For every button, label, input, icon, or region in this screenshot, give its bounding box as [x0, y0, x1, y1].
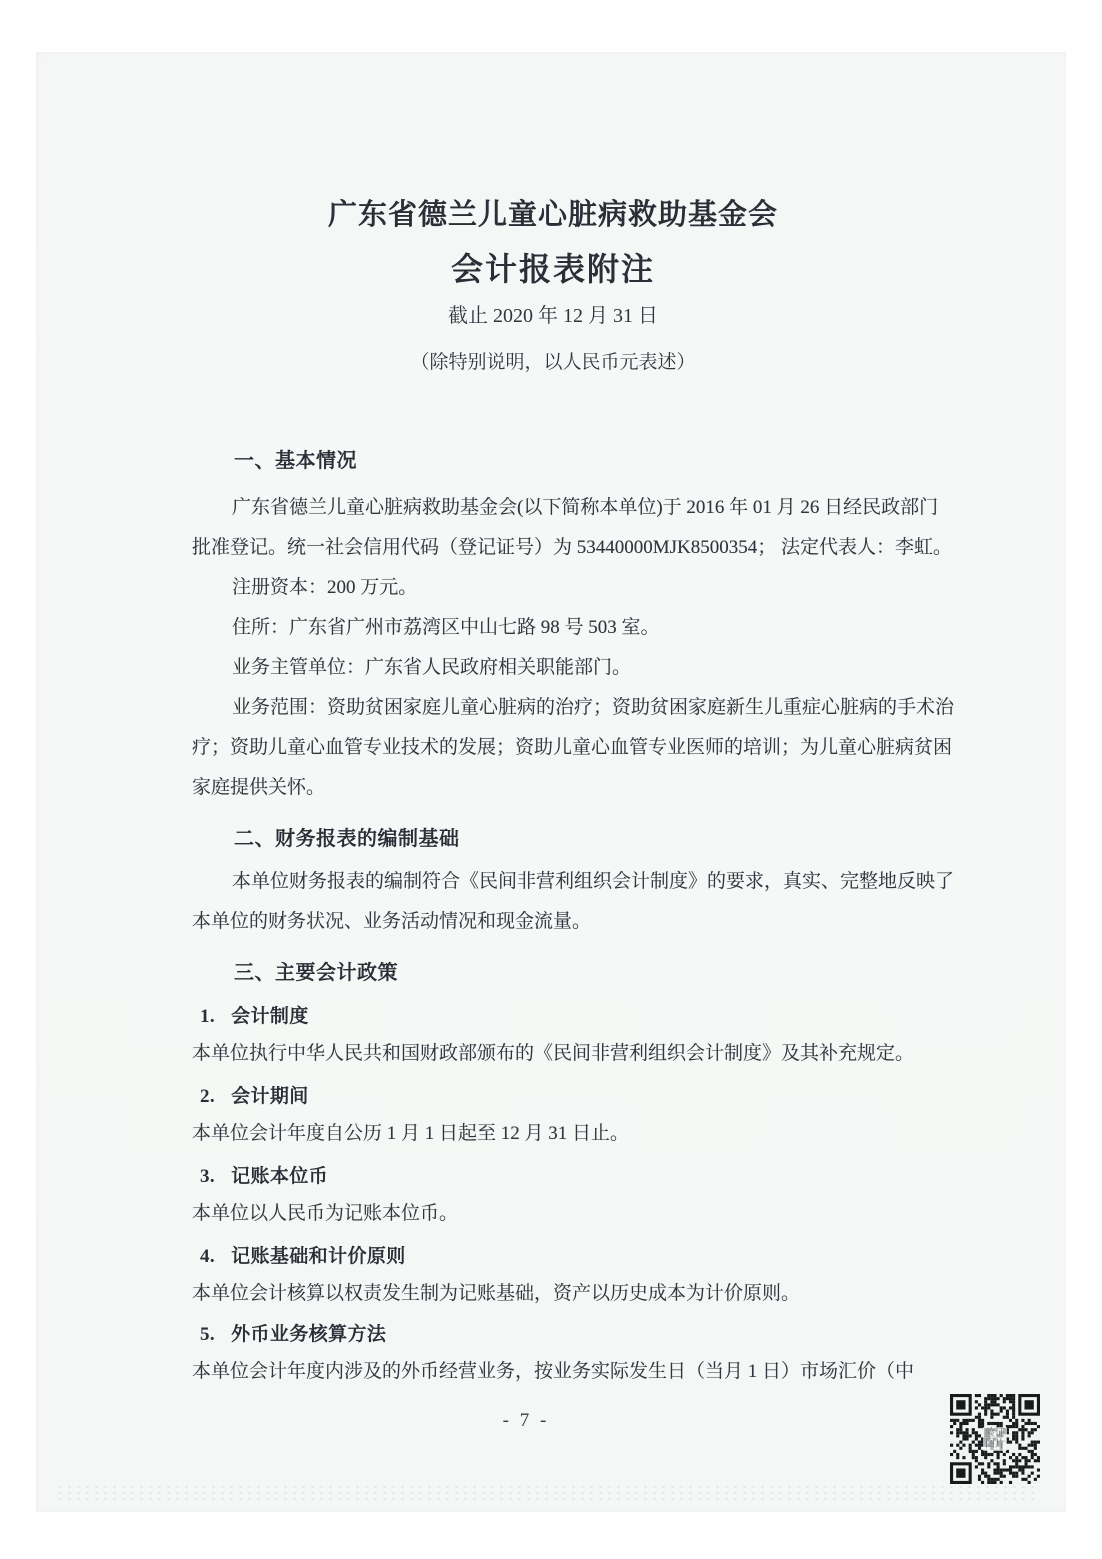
- policy-item-heading: 5.外币业务核算方法: [200, 1320, 914, 1350]
- section-preparation-basis: 二、财务报表的编制基础 本单位财务报表的编制符合《民间非营利组织会计制度》的要求…: [192, 824, 914, 942]
- policy-item-number: 1.: [200, 1006, 215, 1027]
- body-line: 批准登记。统一社会信用代码（登记证号）为 53440000MJK8500354；…: [192, 528, 914, 568]
- policy-item: 4.记账基础和计价原则 本单位会计核算以权责发生制为记账基础，资产以历史成本为计…: [192, 1242, 914, 1314]
- policy-item-title: 记账基础和计价原则: [231, 1246, 406, 1267]
- body-line: 注册资本：200 万元。: [192, 568, 914, 608]
- qr-label: 验证图片: [983, 1427, 1007, 1451]
- section-heading: 一、基本情况: [234, 446, 914, 476]
- title-block: 广东省德兰儿童心脏病救助基金会 会计报表附注 截止 2020 年 12 月 31…: [192, 197, 914, 376]
- policy-item-title: 外币业务核算方法: [231, 1324, 386, 1345]
- policy-item-number: 5.: [200, 1324, 215, 1345]
- policy-item-number: 3.: [200, 1166, 215, 1187]
- policy-item-title: 会计制度: [231, 1006, 309, 1027]
- qr-label-line: 验证: [985, 1428, 1005, 1439]
- body-line: 疗；资助儿童心血管专业技术的发展；资助儿童心血管专业医师的培训；为儿童心脏病贫困: [192, 728, 914, 768]
- section-body: 本单位财务报表的编制符合《民间非营利组织会计制度》的要求，真实、完整地反映了 本…: [192, 862, 914, 942]
- section-heading: 二、财务报表的编制基础: [234, 824, 914, 854]
- policy-item-body: 本单位会计核算以权责发生制为记账基础，资产以历史成本为计价原则。: [192, 1274, 914, 1314]
- policy-item-heading: 1.会计制度: [200, 1002, 914, 1032]
- page-number: - 7 -: [491, 1410, 561, 1432]
- policy-item-heading: 3.记账本位币: [200, 1162, 914, 1192]
- policy-item-heading: 2.会计期间: [200, 1082, 914, 1112]
- doc-title: 广东省德兰儿童心脏病救助基金会: [192, 197, 914, 233]
- document-page: 广东省德兰儿童心脏病救助基金会 会计报表附注 截止 2020 年 12 月 31…: [36, 52, 1066, 1512]
- body-line: 本单位财务报表的编制符合《民间非营利组织会计制度》的要求，真实、完整地反映了: [192, 862, 914, 902]
- policy-item-title: 记账本位币: [231, 1166, 328, 1187]
- policy-item-body: 本单位以人民币为记账本位币。: [192, 1194, 914, 1234]
- policy-item: 5.外币业务核算方法 本单位会计年度内涉及的外币经营业务，按业务实际发生日（当月…: [192, 1320, 914, 1392]
- body-line: 家庭提供关怀。: [192, 768, 914, 808]
- qr-label-line: 图片: [985, 1439, 1005, 1450]
- policy-item: 3.记账本位币 本单位以人民币为记账本位币。: [192, 1162, 914, 1234]
- currency-note: （除特别说明，以人民币元表述）: [192, 350, 914, 376]
- policy-item-body: 本单位执行中华人民共和国财政部颁布的《民间非营利组织会计制度》及其补充规定。: [192, 1034, 914, 1074]
- body-line: 广东省德兰儿童心脏病救助基金会(以下简称本单位)于 2016 年 01 月 26…: [192, 488, 914, 528]
- document-content: 广东省德兰儿童心脏病救助基金会 会计报表附注 截止 2020 年 12 月 31…: [192, 52, 914, 1392]
- policy-item: 1.会计制度 本单位执行中华人民共和国财政部颁布的《民间非营利组织会计制度》及其…: [192, 1002, 914, 1074]
- policy-item-number: 4.: [200, 1246, 215, 1267]
- body-line: 住所：广东省广州市荔湾区中山七路 98 号 503 室。: [192, 608, 914, 648]
- policy-item: 2.会计期间 本单位会计年度自公历 1 月 1 日起至 12 月 31 日止。: [192, 1082, 914, 1154]
- body-line: 业务范围：资助贫困家庭儿童心脏病的治疗；资助贫困家庭新生儿重症心脏病的手术治: [192, 688, 914, 728]
- section-body: 广东省德兰儿童心脏病救助基金会(以下简称本单位)于 2016 年 01 月 26…: [192, 488, 914, 808]
- policy-item-title: 会计期间: [231, 1086, 309, 1107]
- policy-item-number: 2.: [200, 1086, 215, 1107]
- section-heading: 三、主要会计政策: [234, 958, 914, 988]
- section-basic-info: 一、基本情况 广东省德兰儿童心脏病救助基金会(以下简称本单位)于 2016 年 …: [192, 446, 914, 808]
- section-accounting-policies: 三、主要会计政策 1.会计制度 本单位执行中华人民共和国财政部颁布的《民间非营利…: [192, 958, 914, 1392]
- qr-code: 验证图片: [950, 1394, 1040, 1484]
- body-line: 业务主管单位：广东省人民政府相关职能部门。: [192, 648, 914, 688]
- policy-item-body: 本单位会计年度自公历 1 月 1 日起至 12 月 31 日止。: [192, 1114, 914, 1154]
- body-line: 本单位的财务状况、业务活动情况和现金流量。: [192, 902, 914, 942]
- report-date-line: 截止 2020 年 12 月 31 日: [192, 303, 914, 329]
- policy-item-heading: 4.记账基础和计价原则: [200, 1242, 914, 1272]
- scan-noise-top: [96, 182, 996, 192]
- policy-item-body: 本单位会计年度内涉及的外币经营业务，按业务实际发生日（当月 1 日）市场汇价（中: [192, 1352, 914, 1392]
- doc-subtitle: 会计报表附注: [192, 249, 914, 289]
- scan-noise-bottom: [56, 1484, 1036, 1500]
